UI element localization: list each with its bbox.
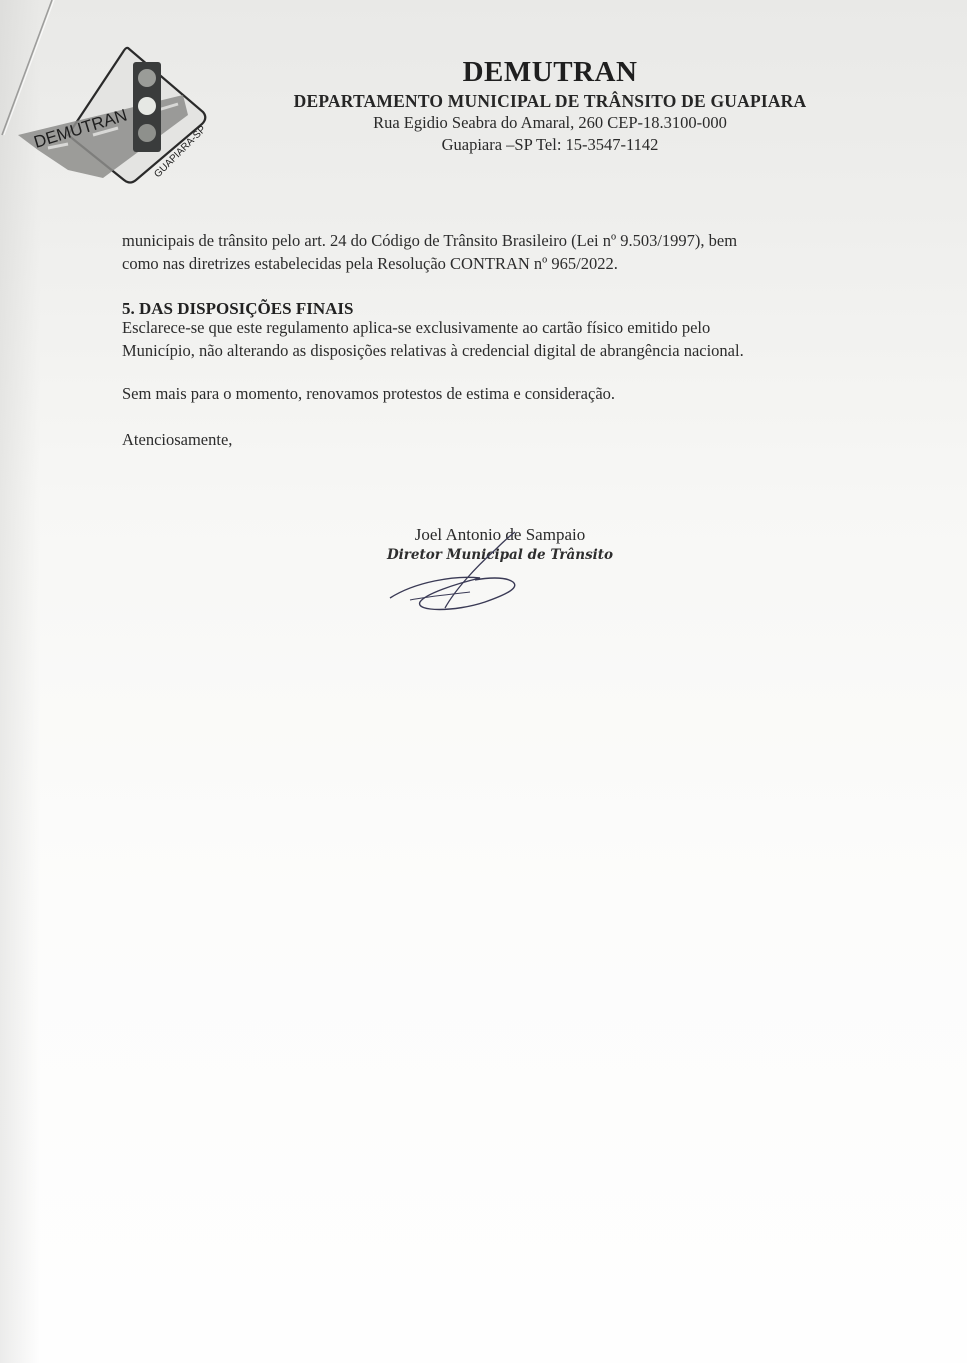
letterhead: DEMUTRAN DEPARTAMENTO MUNICIPAL DE TRÂNS… <box>250 54 850 156</box>
org-title: DEMUTRAN <box>250 54 850 90</box>
paragraph-line: como nas diretrizes estabelecidas pela R… <box>122 252 862 275</box>
paragraph-line: Esclarece-se que este regulamento aplica… <box>122 316 862 339</box>
closing-salutation: Atenciosamente, <box>122 428 862 451</box>
page-edge-shadow <box>0 0 40 1363</box>
paragraph-line: municipais de trânsito pelo art. 24 do C… <box>122 229 862 252</box>
paragraph-legal-basis: municipais de trânsito pelo art. 24 do C… <box>122 229 862 275</box>
paragraph-line: Município, não alterando as disposições … <box>122 339 862 362</box>
handwritten-signature <box>385 520 535 620</box>
paragraph-regards: Sem mais para o momento, renovamos prote… <box>122 382 862 405</box>
demutran-logo: DEMUTRAN GUAPIARA-SP <box>8 40 213 190</box>
paragraph-final-provisions: Esclarece-se que este regulamento aplica… <box>122 316 862 362</box>
org-city-phone: Guapiara –SP Tel: 15-3547-1142 <box>250 134 850 156</box>
org-subtitle: DEPARTAMENTO MUNICIPAL DE TRÂNSITO DE GU… <box>250 90 850 112</box>
org-address: Rua Egidio Seabra do Amaral, 260 CEP-18.… <box>250 112 850 134</box>
